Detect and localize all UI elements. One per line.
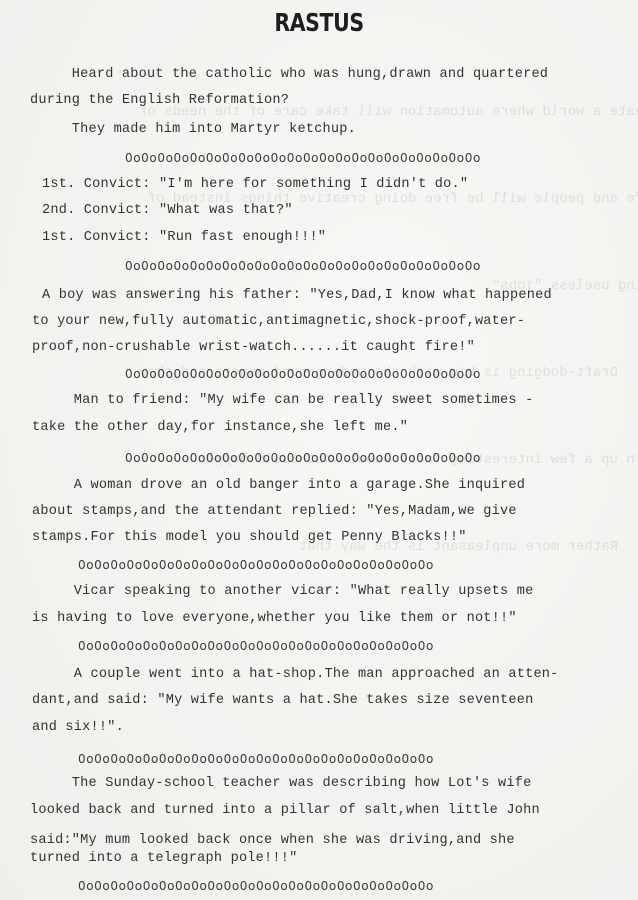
- separator: 0o0o0o0o0o0o0o0o0o0o0o0o0o0o0o0o0o0o0o0o…: [125, 151, 481, 165]
- joke-8-line-2: looked back and turned into a pillar of …: [30, 803, 540, 818]
- joke-7-line-3: and six!!".: [32, 720, 124, 735]
- joke-4-line-1: Man to friend: "My wife can be really sw…: [32, 393, 533, 408]
- separator: 0o0o0o0o0o0o0o0o0o0o0o0o0o0o0o0o0o0o0o0o…: [78, 558, 434, 572]
- scanned-page: create a world where automation will tak…: [0, 0, 638, 900]
- separator: 0o0o0o0o0o0o0o0o0o0o0o0o0o0o0o0o0o0o0o0o…: [78, 752, 434, 766]
- joke-8-line-4: turned into a telegraph pole!!!": [30, 851, 297, 866]
- separator: 0o0o0o0o0o0o0o0o0o0o0o0o0o0o0o0o0o0o0o0o…: [78, 879, 434, 893]
- joke-6-line-2: is having to love everyone,whether you l…: [32, 611, 517, 626]
- separator: 0o0o0o0o0o0o0o0o0o0o0o0o0o0o0o0o0o0o0o0o…: [78, 639, 434, 653]
- joke-2-line-1: 1st. Convict: "I'm here for something I …: [42, 177, 468, 192]
- joke-1-line-2: during the English Reformation?: [30, 93, 289, 108]
- page-title: RASTUS: [57, 8, 580, 37]
- joke-2-line-3: 1st. Convict: "Run fast enough!!!": [42, 230, 326, 245]
- separator: 0o0o0o0o0o0o0o0o0o0o0o0o0o0o0o0o0o0o0o0o…: [125, 259, 481, 273]
- joke-1-line-1: Heard about the catholic who was hung,dr…: [30, 67, 548, 82]
- joke-8-line-3: said:"My mum looked back once when she w…: [30, 833, 515, 848]
- joke-7-line-2: dant,and said: "My wife wants a hat.She …: [32, 693, 533, 708]
- joke-3-line-3: proof,non-crushable wrist-watch......it …: [32, 340, 475, 355]
- joke-2-line-2: 2nd. Convict: "What was that?": [42, 203, 293, 218]
- joke-4-line-2: take the other day,for instance,she left…: [32, 420, 408, 435]
- joke-5-line-1: A woman drove an old banger into a garag…: [32, 478, 525, 493]
- joke-3-line-2: to your new,fully automatic,antimagnetic…: [32, 314, 525, 329]
- separator: 0o0o0o0o0o0o0o0o0o0o0o0o0o0o0o0o0o0o0o0o…: [125, 451, 481, 465]
- joke-5-line-3: stamps.For this model you should get Pen…: [32, 530, 467, 545]
- joke-7-line-1: A couple went into a hat-shop.The man ap…: [32, 667, 559, 682]
- joke-6-line-1: Vicar speaking to another vicar: "What r…: [32, 584, 533, 599]
- joke-8-line-1: The Sunday-school teacher was describing…: [30, 776, 531, 791]
- joke-3-line-1: A boy was answering his father: "Yes,Dad…: [42, 288, 552, 303]
- joke-5-line-2: about stamps,and the attendant replied: …: [32, 504, 517, 519]
- joke-1-line-3: They made him into Martyr ketchup.: [30, 122, 356, 137]
- separator: 0o0o0o0o0o0o0o0o0o0o0o0o0o0o0o0o0o0o0o0o…: [125, 367, 481, 381]
